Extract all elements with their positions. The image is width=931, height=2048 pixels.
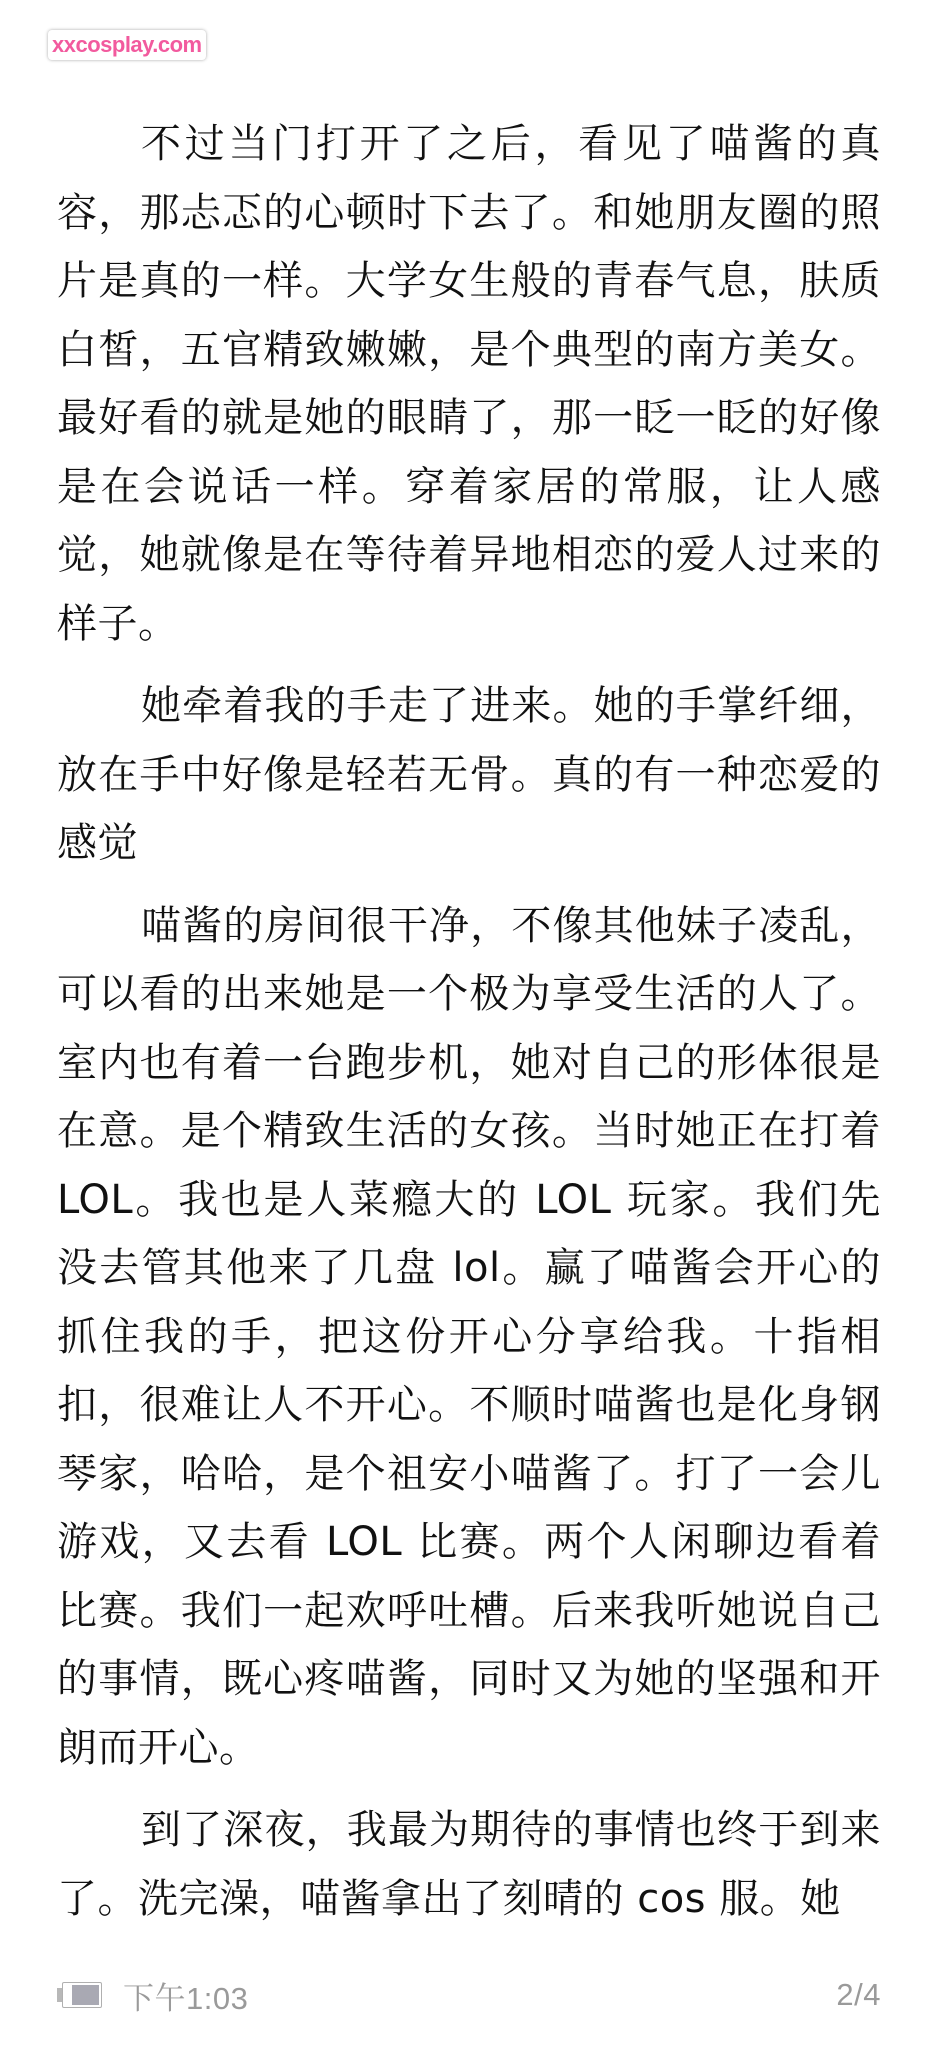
paragraph: 她牵着我的手走了进来。她的手掌纤细，放在手中好像是轻若无骨。真的有一种恋爱的感觉 [57, 672, 881, 878]
watermark-logo: xxcosplay.com [48, 30, 206, 60]
clock-time: 下午1:03 [123, 1973, 248, 2018]
battery-level [72, 1985, 99, 2005]
reader-content[interactable]: 不过当门打开了之后，看见了喵酱的真容，那忐忑的心顿时下去了。和她朋友圈的照片是真… [57, 110, 881, 1947]
reader-status-bar: 下午1:03 2/4 [57, 1970, 881, 2020]
page-indicator: 2/4 [836, 1977, 881, 2013]
battery-body [62, 1982, 102, 2008]
battery-icon [57, 1981, 105, 2009]
status-left: 下午1:03 [57, 1973, 248, 2018]
paragraph: 到了深夜，我最为期待的事情也终于到来了。洗完澡，喵酱拿出了刻晴的 cos 服。她 [57, 1796, 881, 1933]
paragraph: 喵酱的房间很干净，不像其他妹子凌乱，可以看的出来她是一个极为享受生活的人了。室内… [57, 892, 881, 1783]
paragraph: 不过当门打开了之后，看见了喵酱的真容，那忐忑的心顿时下去了。和她朋友圈的照片是真… [57, 110, 881, 658]
